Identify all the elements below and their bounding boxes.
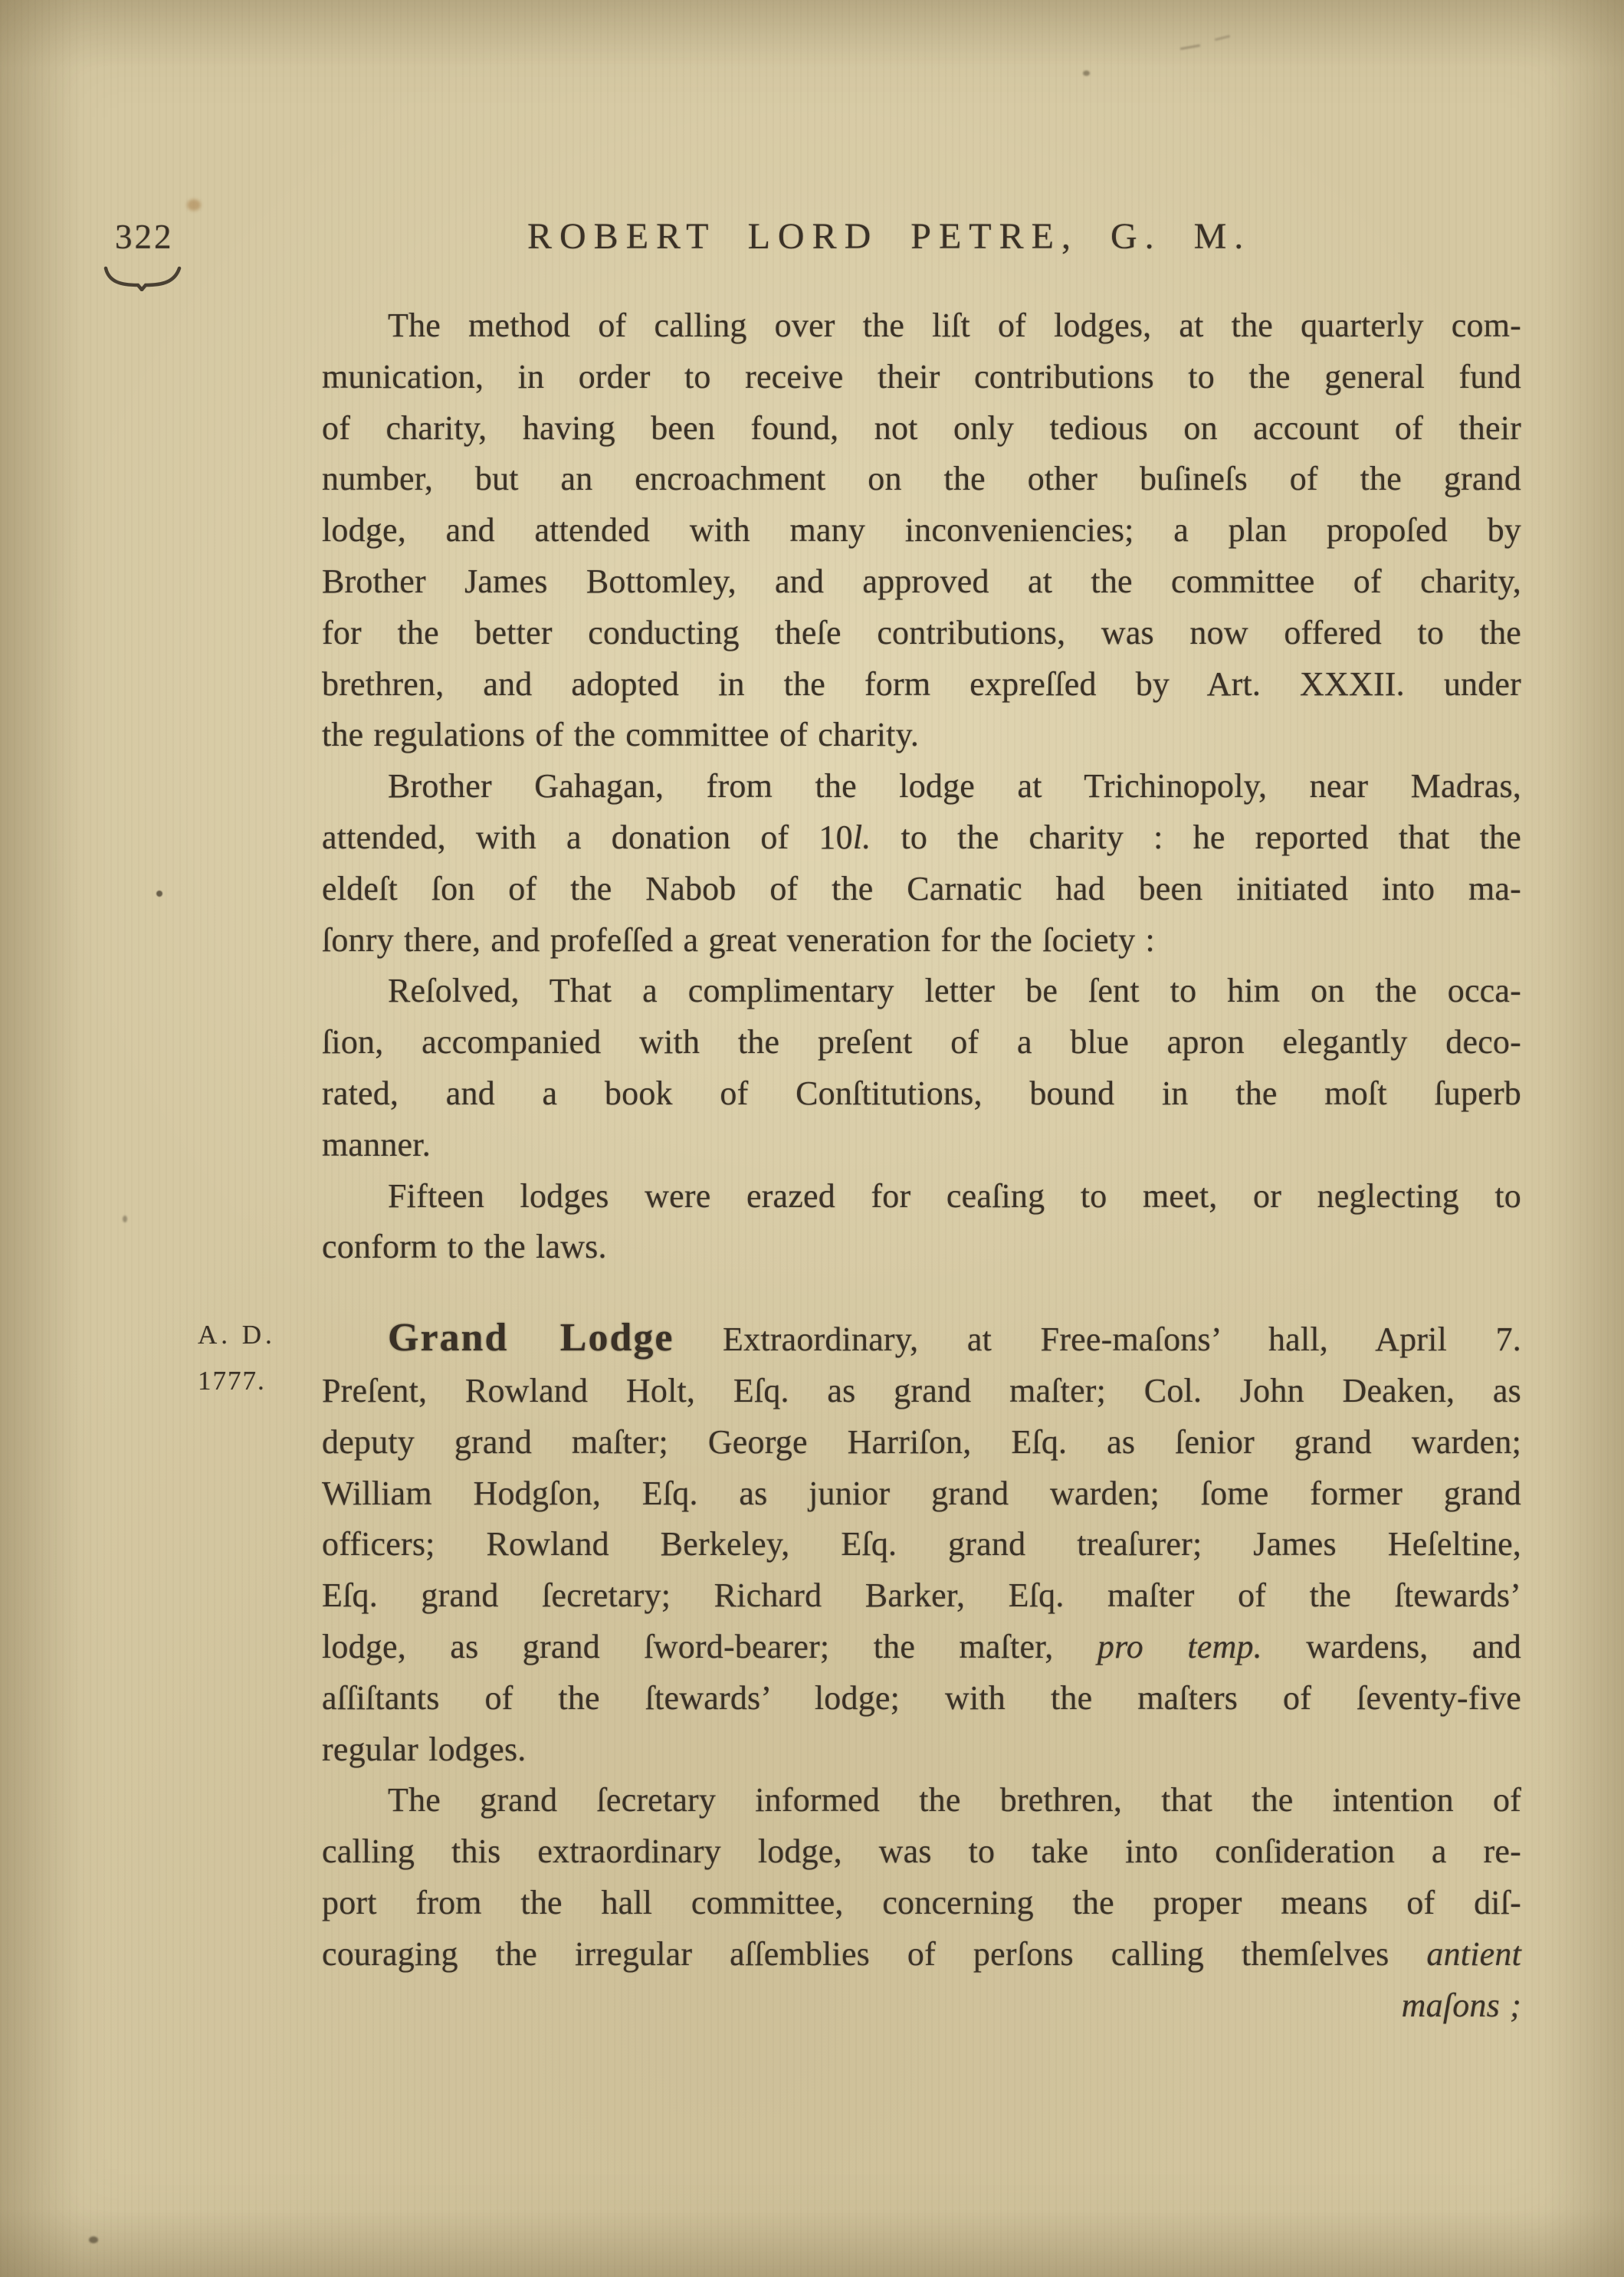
text-line: ſion, accompanied with the preſent of a …: [322, 1017, 1521, 1068]
text-segment: port from the hall committee, concerning…: [322, 1884, 1521, 1921]
text-segment: Brother James Bottomley, and approved at…: [322, 563, 1521, 600]
text-segment: l.: [853, 819, 871, 856]
text-segment: Reſolved, That a complimentary letter be…: [388, 972, 1521, 1009]
para-resolved-letter: Reſolved, That a complimentary letter be…: [322, 966, 1521, 1170]
text-segment: pro temp.: [1097, 1628, 1262, 1665]
text-line: Reſolved, That a complimentary letter be…: [322, 966, 1521, 1017]
text-segment: The method of calling over the liſt of l…: [388, 307, 1521, 344]
text-line: regular lodges.: [322, 1724, 1521, 1776]
text-line: Grand Lodge Extraordinary, at Free-maſon…: [322, 1313, 1521, 1366]
ink-dot: [156, 891, 162, 897]
text-line: port from the hall committee, concerning…: [322, 1878, 1521, 1929]
text-line: The grand ſecretary informed the brethre…: [322, 1775, 1521, 1826]
text-line: manner.: [322, 1120, 1521, 1171]
text-line: calling this extraordinary lodge, was to…: [322, 1826, 1521, 1878]
text-line: lodge, and attended with many inconvenie…: [322, 505, 1521, 556]
text-line: eldeſt ſon of the Nabob of the Carnatic …: [322, 864, 1521, 915]
paper-speck: [89, 2236, 98, 2243]
text-segment: Extraordinary, at Free-maſons’ hall, Apr…: [674, 1321, 1521, 1358]
page-number: 322: [115, 217, 174, 257]
text-line: Preſent, Rowland Holt, Eſq. as grand maſ…: [322, 1366, 1521, 1417]
text-segment: William Hodgſon, Eſq. as junior grand wa…: [322, 1475, 1521, 1512]
text-line: for the better conducting theſe contribu…: [322, 608, 1521, 659]
text-segment: lodge, as grand ſword-bearer; the maſter…: [322, 1628, 1097, 1665]
text-segment: manner.: [322, 1126, 431, 1163]
para-brother-gahagan: Brother Gahagan, from the lodge at Trich…: [322, 761, 1521, 966]
text-segment: wardens, and: [1262, 1628, 1521, 1665]
pencil-mark: [1215, 35, 1230, 41]
text-segment: ſion, accompanied with the preſent of a …: [322, 1023, 1521, 1061]
text-line: of charity, having been found, not only …: [322, 403, 1521, 454]
text-segment: number, but an encroachment on the other…: [322, 460, 1521, 497]
text-line: Eſq. grand ſecretary; Richard Barker, Eſ…: [322, 1570, 1521, 1622]
text-line: The method of calling over the liſt of l…: [322, 300, 1521, 352]
text-line: officers; Rowland Berkeley, Eſq. grand t…: [322, 1519, 1521, 1570]
para-fifteen-lodges: Fifteen lodges were erazed for ceaſing t…: [322, 1171, 1521, 1274]
text-segment: the regulations of the committee of char…: [322, 716, 919, 753]
margin-note-date: A. D. 1777.: [198, 1312, 276, 1404]
ink-dot: [123, 1216, 127, 1222]
text-line: aſſiſtants of the ſtewards’ lodge; with …: [322, 1673, 1521, 1724]
text-line: Brother James Bottomley, and approved at…: [322, 556, 1521, 608]
text-segment: rated, and a book of Conſtitutions, boun…: [322, 1075, 1521, 1112]
text-segment: deputy grand maſter; George Harriſon, Eſ…: [322, 1423, 1521, 1461]
paper-speck: [1083, 71, 1090, 76]
text-segment: couraging the irregular aſſemblies of pe…: [322, 1935, 1426, 1973]
text-segment: conform to the laws.: [322, 1228, 607, 1265]
text-line: rated, and a book of Conſtitutions, boun…: [322, 1068, 1521, 1120]
text-line: the regulations of the committee of char…: [322, 710, 1521, 761]
text-segment: aſſiſtants of the ſtewards’ lodge; with …: [322, 1679, 1521, 1717]
text-segment: calling this extraordinary lodge, was to…: [322, 1832, 1521, 1870]
text-segment: for the better conducting theſe contribu…: [322, 614, 1521, 651]
text-line: attended, with a donation of 10l. to the…: [322, 812, 1521, 864]
text-line: brethren, and adopted in the form expreſ…: [322, 659, 1521, 710]
running-header: ROBERT LORD PETRE, G. M.: [527, 215, 1251, 258]
para-grand-lodge-extraordinary: Grand Lodge Extraordinary, at Free-maſon…: [322, 1313, 1521, 1775]
text-segment: eldeſt ſon of the Nabob of the Carnatic …: [322, 870, 1521, 907]
text-segment: The grand ſecretary informed the brethre…: [388, 1781, 1521, 1819]
text-block: The method of calling over the liſt of l…: [322, 300, 1521, 2031]
text-segment: to the charity : he reported that the: [871, 819, 1521, 856]
section-heading-blackletter: Grand Lodge: [388, 1316, 674, 1360]
pencil-mark: [1180, 44, 1200, 50]
text-line: deputy grand maſter; George Harriſon, Eſ…: [322, 1417, 1521, 1468]
text-segment: attended, with a donation of 10: [322, 819, 853, 856]
text-segment: brethren, and adopted in the form expreſ…: [322, 665, 1521, 703]
text-segment: Fifteen lodges were erazed for ceaſing t…: [388, 1177, 1521, 1215]
text-segment: Brother Gahagan, from the lodge at Trich…: [388, 767, 1521, 805]
text-segment: ſonry there, and profeſſed a great vener…: [322, 921, 1155, 959]
margin-note-ad: A. D.: [198, 1312, 276, 1358]
foxing-spot: [187, 199, 201, 211]
text-line: William Hodgſon, Eſq. as junior grand wa…: [322, 1468, 1521, 1520]
para-quarterly-communication: The method of calling over the liſt of l…: [322, 300, 1521, 761]
book-page: 322 ROBERT LORD PETRE, G. M. A. D. 1777.…: [0, 0, 1624, 2277]
text-segment: officers; Rowland Berkeley, Eſq. grand t…: [322, 1525, 1521, 1563]
text-segment: Eſq. grand ſecretary; Richard Barker, Eſ…: [322, 1577, 1521, 1614]
catchword: maſons ;: [322, 1980, 1521, 2032]
text-segment: of charity, having been found, not only …: [322, 409, 1521, 447]
text-line: conform to the laws.: [322, 1222, 1521, 1273]
text-segment: antient: [1426, 1935, 1521, 1973]
text-line: ſonry there, and profeſſed a great vener…: [322, 915, 1521, 966]
margin-note-year: 1777.: [198, 1358, 276, 1404]
text-segment: munication, in order to receive their co…: [322, 358, 1521, 395]
text-segment: lodge, and attended with many inconvenie…: [322, 511, 1521, 549]
text-line: lodge, as grand ſword-bearer; the maſter…: [322, 1622, 1521, 1673]
text-line: munication, in order to receive their co…: [322, 352, 1521, 403]
text-line: Fifteen lodges were erazed for ceaſing t…: [322, 1171, 1521, 1222]
text-line: number, but an encroachment on the other…: [322, 454, 1521, 505]
text-segment: regular lodges.: [322, 1731, 526, 1768]
page-number-brace-ornament: [103, 264, 182, 295]
text-line: couraging the irregular aſſemblies of pe…: [322, 1929, 1521, 1980]
text-segment: Preſent, Rowland Holt, Eſq. as grand maſ…: [322, 1372, 1521, 1409]
text-line: Brother Gahagan, from the lodge at Trich…: [322, 761, 1521, 812]
para-grand-secretary-informed: The grand ſecretary informed the brethre…: [322, 1775, 1521, 1980]
